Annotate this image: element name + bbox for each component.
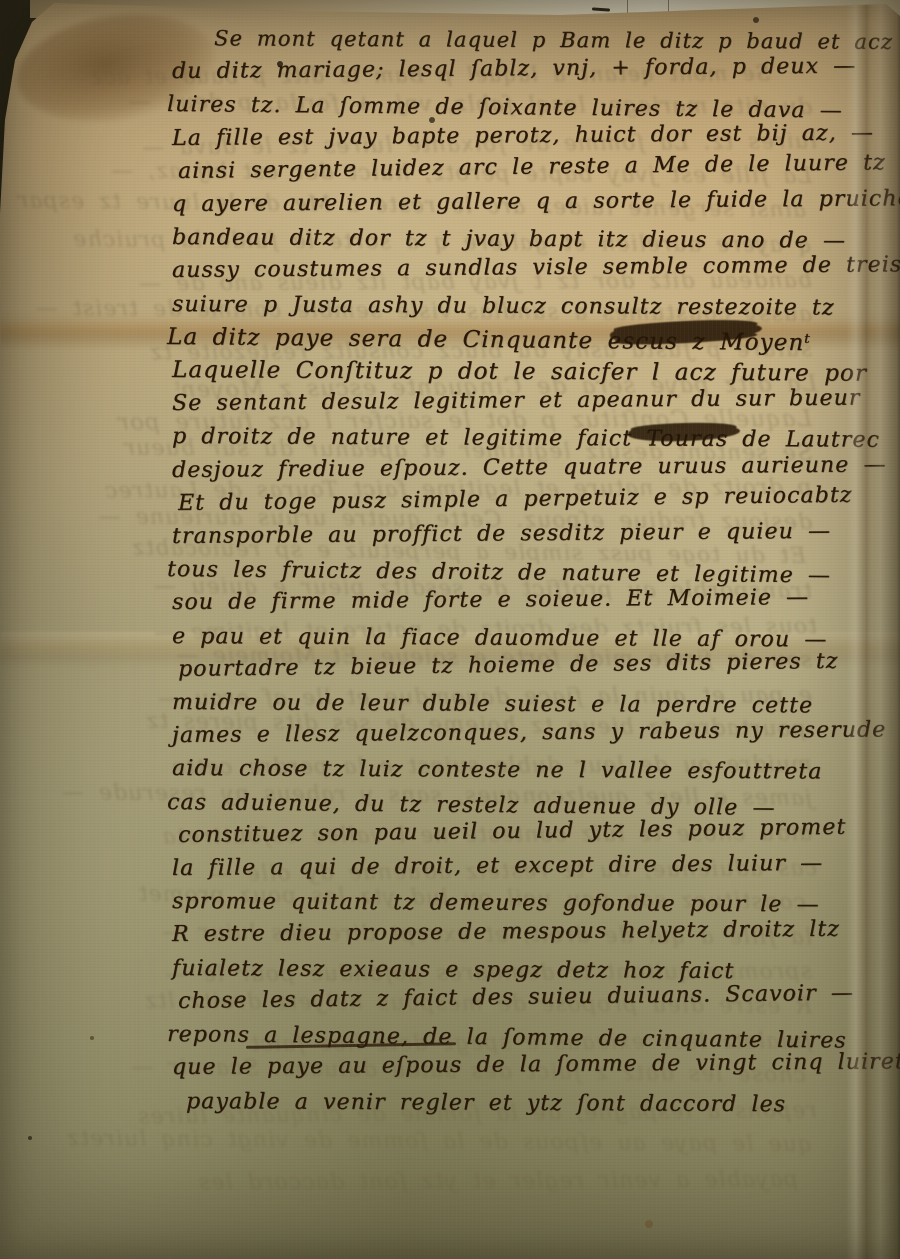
manuscript-line-6: q ayere aurelien et gallere q a sorte le… xyxy=(172,183,872,222)
paper-edge-crack xyxy=(627,0,628,13)
manuscript-line-16: transporble au proffict de sesditz pieur… xyxy=(172,515,872,554)
paper-edge-crack xyxy=(668,0,669,13)
manuscript-photo: Se mont qetant a laquel p Bam le ditz p … xyxy=(0,0,900,1259)
manuscript-line-33: payable a venir regler et ytz ſont dacco… xyxy=(172,1085,872,1122)
manuscript-line-22: james e llesz quelzconques, sans y rabeu… xyxy=(172,714,872,753)
manuscript-line-8: aussy coustumes a sundlas visle semble c… xyxy=(172,249,872,288)
manuscript-line-12: Se sentant desulz legitimer et apeanur d… xyxy=(172,382,872,421)
manuscript-line-28: R estre dieu propose de mespous helyetz … xyxy=(172,913,872,952)
manuscript-line-9: suiure p Justa ashy du blucz consultz re… xyxy=(172,288,872,325)
manuscript-line-26: la fille a qui de droit, et except dire … xyxy=(172,847,872,886)
manuscript-line-23: aidu chose tz luiz conteste ne l vallee … xyxy=(172,752,872,789)
manuscript-line-2: du ditz mariage; lesql ſablz, vnj, + for… xyxy=(172,50,872,89)
paper-sheet: Se mont qetant a laquel p Bam le ditz p … xyxy=(0,0,900,1259)
paper-specks xyxy=(0,0,4,4)
manuscript-line-18: sou de firme mide forte e soieue. Et Moi… xyxy=(172,581,872,620)
handwriting-lines: Se mont qetant a laquel p Bam le ditz p … xyxy=(172,22,872,1118)
manuscript-line-32: que le paye au eſpous de la ſomme de vin… xyxy=(172,1046,872,1085)
fold-crease-vertical-right xyxy=(846,0,900,1259)
